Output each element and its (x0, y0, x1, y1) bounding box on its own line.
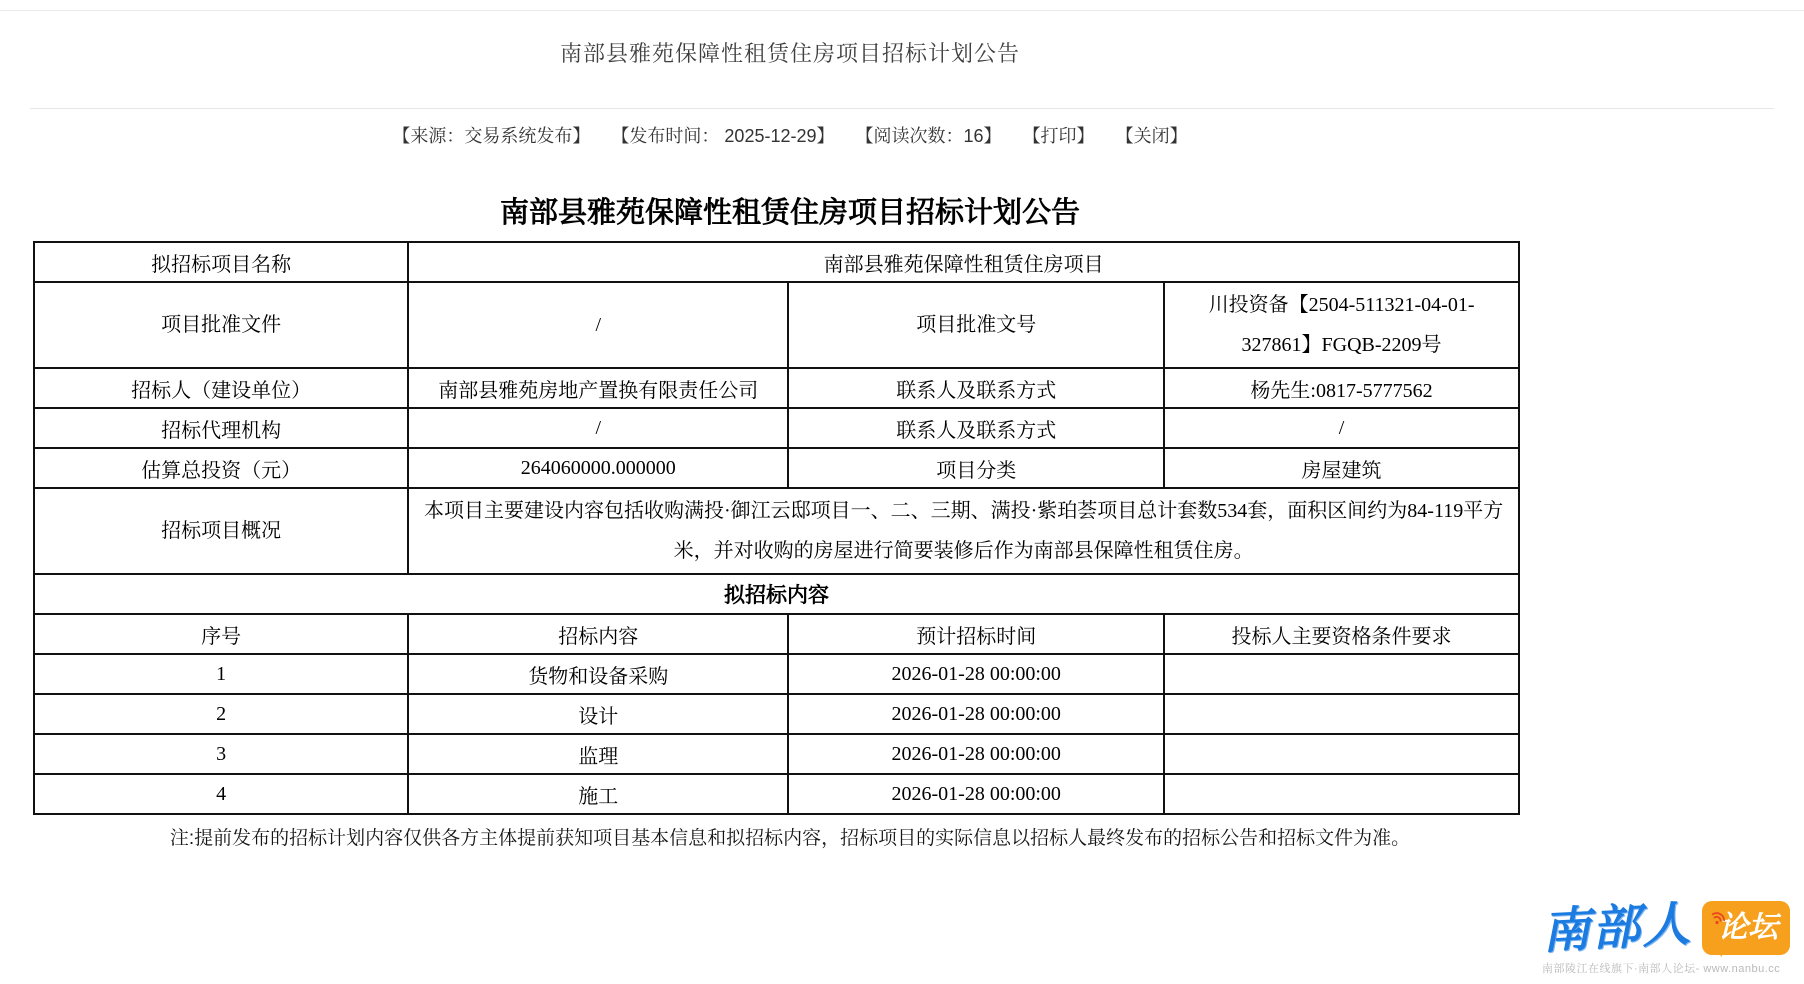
plan-row: 3 监理 2026-01-28 00:00:00 (34, 734, 1519, 774)
plan-header-no: 序号 (34, 614, 408, 654)
tenderer-contact-value: 杨先生:0817-5777562 (1164, 368, 1519, 408)
category-label: 项目分类 (788, 448, 1164, 488)
plan-row-time: 2026-01-28 00:00:00 (788, 654, 1164, 694)
forum-badge: 论坛 (1702, 901, 1790, 955)
forum-watermark: 南部人 论坛 南部陵江在线旗下·南部人论坛- www.nanbu.cc (1542, 901, 1790, 976)
category-value: 房屋建筑 (1164, 448, 1519, 488)
plan-row-qualification (1164, 694, 1519, 734)
tenderer-label: 招标人（建设单位） (34, 368, 408, 408)
plan-row-content: 设计 (408, 694, 788, 734)
investment-value: 264060000.000000 (408, 448, 788, 488)
plan-row: 1 货物和设备采购 2026-01-28 00:00:00 (34, 654, 1519, 694)
wifi-icon (1707, 903, 1727, 933)
plan-row-content: 施工 (408, 774, 788, 814)
meta-publish-time: 【发布时间： 2025-12-29】 (611, 126, 834, 146)
header-divider (30, 108, 1774, 109)
plan-row-qualification (1164, 774, 1519, 814)
project-name-label: 拟招标项目名称 (34, 242, 408, 282)
plan-row: 2 设计 2026-01-28 00:00:00 (34, 694, 1519, 734)
plan-row-qualification (1164, 734, 1519, 774)
meta-bar: 【来源：交易系统发布】 【发布时间： 2025-12-29】 【阅读次数：16】… (0, 122, 1580, 148)
row-tenderer: 招标人（建设单位） 南部县雅苑房地产置换有限责任公司 联系人及联系方式 杨先生:… (34, 368, 1519, 408)
page-top-divider (0, 10, 1804, 11)
plan-row-time: 2026-01-28 00:00:00 (788, 734, 1164, 774)
project-name-value: 南部县雅苑保障性租赁住房项目 (408, 242, 1519, 282)
approval-no-value: 川投资备【2504-511321-04-01-327861】FGQB-2209号 (1164, 282, 1519, 368)
document-title: 南部县雅苑保障性租赁住房项目招标计划公告 (0, 190, 1580, 231)
forum-badge-label: 论坛 (1718, 911, 1778, 944)
announcement-table: 拟招标项目名称 南部县雅苑保障性租赁住房项目 项目批准文件 / 项目批准文号 川… (33, 241, 1520, 815)
forum-logo: 南部人 论坛 (1542, 901, 1790, 955)
meta-read-count: 【阅读次数：16】 (856, 126, 1002, 146)
plan-header-content: 招标内容 (408, 614, 788, 654)
row-approval: 项目批准文件 / 项目批准文号 川投资备【2504-511321-04-01-3… (34, 282, 1519, 368)
plan-header-row: 序号 招标内容 预计招标时间 投标人主要资格条件要求 (34, 614, 1519, 654)
plan-header-time: 预计招标时间 (788, 614, 1164, 654)
meta-source: 【来源：交易系统发布】 (392, 126, 590, 146)
plan-row-qualification (1164, 654, 1519, 694)
plan-row-no: 2 (34, 694, 408, 734)
tenderer-value: 南部县雅苑房地产置换有限责任公司 (408, 368, 788, 408)
forum-caption: 南部陵江在线旗下·南部人论坛- www.nanbu.cc (1542, 960, 1790, 976)
investment-label: 估算总投资（元） (34, 448, 408, 488)
agency-value: / (408, 408, 788, 448)
agency-contact-label: 联系人及联系方式 (788, 408, 1164, 448)
approval-doc-value: / (408, 282, 788, 368)
footnote: 注:提前发布的招标计划内容仅供各方主体提前获知项目基本信息和拟招标内容，招标项目… (0, 823, 1580, 850)
plan-row-time: 2026-01-28 00:00:00 (788, 694, 1164, 734)
row-investment: 估算总投资（元） 264060000.000000 项目分类 房屋建筑 (34, 448, 1519, 488)
approval-no-label: 项目批准文号 (788, 282, 1164, 368)
forum-brand-text: 南部人 (1541, 900, 1693, 956)
agency-contact-value: / (1164, 408, 1519, 448)
tenderer-contact-label: 联系人及联系方式 (788, 368, 1164, 408)
row-project-name: 拟招标项目名称 南部县雅苑保障性租赁住房项目 (34, 242, 1519, 282)
overview-label: 招标项目概况 (34, 488, 408, 574)
plan-row-content: 监理 (408, 734, 788, 774)
plan-row-no: 4 (34, 774, 408, 814)
plan-row-time: 2026-01-28 00:00:00 (788, 774, 1164, 814)
close-button[interactable]: 【关闭】 (1116, 126, 1188, 146)
approval-doc-label: 项目批准文件 (34, 282, 408, 368)
plan-row-content: 货物和设备采购 (408, 654, 788, 694)
plan-header-qualification: 投标人主要资格条件要求 (1164, 614, 1519, 654)
plan-row: 4 施工 2026-01-28 00:00:00 (34, 774, 1519, 814)
page-title: 南部县雅苑保障性租赁住房项目招标计划公告 (0, 37, 1580, 68)
print-button[interactable]: 【打印】 (1023, 126, 1095, 146)
agency-label: 招标代理机构 (34, 408, 408, 448)
plan-row-no: 3 (34, 734, 408, 774)
row-plan-section: 拟招标内容 (34, 574, 1519, 614)
plan-row-no: 1 (34, 654, 408, 694)
overview-value: 本项目主要建设内容包括收购满投·御江云邸项目一、二、三期、满投·紫珀荟项目总计套… (408, 488, 1519, 574)
row-agency: 招标代理机构 / 联系人及联系方式 / (34, 408, 1519, 448)
row-overview: 招标项目概况 本项目主要建设内容包括收购满投·御江云邸项目一、二、三期、满投·紫… (34, 488, 1519, 574)
plan-section-title: 拟招标内容 (34, 574, 1519, 614)
